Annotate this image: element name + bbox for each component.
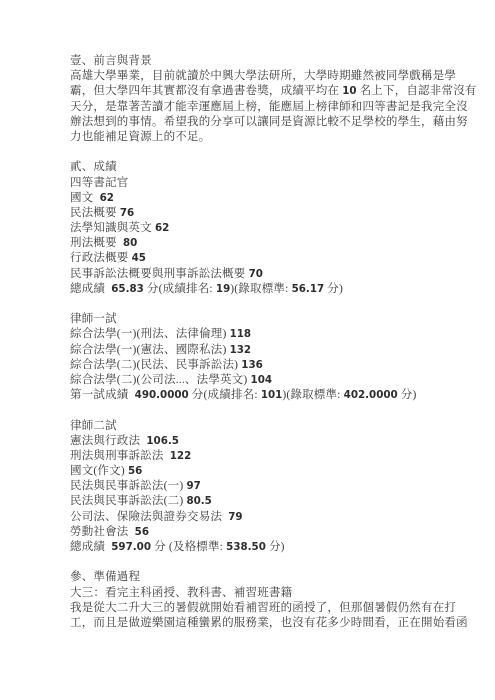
score-number: 597.00 [111, 541, 151, 553]
score-number: 80.5 [186, 495, 211, 507]
score-number: 70 [249, 268, 263, 280]
blank-line [70, 555, 450, 570]
text-line: 綜合法學(二)(公司法...、法學英文) 104 [70, 373, 450, 388]
score-number: 490.0000 [135, 389, 189, 401]
text-line: 法學知識與英文 62 [70, 221, 450, 236]
text-line: 民法與民事訴訟法(二) 80.5 [70, 494, 450, 509]
blank-line [70, 145, 450, 160]
score-number: 136 [241, 359, 263, 371]
section-heading-scores-clerk: 貳、成績 [70, 160, 450, 175]
text-line: 民事訴訟法概要與刑事訴訟法概要 70 [70, 267, 450, 282]
score-number: 56.17 [292, 283, 325, 295]
text-line: 綜合法學(一)(刑法、法律倫理) 118 [70, 327, 450, 342]
text-line: 總成績 65.83 分(成績排名: 19)(錄取標準: 56.17 分) [70, 282, 450, 297]
text-line: 公司法、保險法與證券交易法 79 [70, 510, 450, 525]
text-line: 綜合法學(一)(憲法、國際私法) 132 [70, 343, 450, 358]
text-line: 刑法與刑事訴訟法 122 [70, 449, 450, 464]
score-number: 118 [230, 328, 252, 340]
score-number: 76 [120, 207, 134, 219]
score-number: 538.50 [226, 541, 266, 553]
score-number: 62 [155, 222, 169, 234]
score-number: 62 [100, 192, 114, 204]
text-line: 勞動社會法 56 [70, 525, 450, 540]
score-number: 19 [216, 283, 230, 295]
section-heading-preparation: 參、準備過程 [70, 570, 450, 585]
score-number: 65.83 [111, 283, 144, 295]
document-text: 壹、前言與背景高雄大學畢業，目前就讀於中興大學法研所，大學時期雖然被同學戲稱是學… [70, 54, 450, 631]
text-line: 憲法與行政法 106.5 [70, 434, 450, 449]
text-line: 工，而且是做遊樂園這種蠻累的服務業，也沒有花多少時間看，正在開始看函 [70, 616, 450, 631]
text-line: 民法概要 76 [70, 206, 450, 221]
text-line: 行政法概要 45 [70, 251, 450, 266]
text-line: 力也能補足資源上的不足。 [70, 130, 450, 145]
text-line: 綜合法學(二)(民法、民事訴訟法) 136 [70, 358, 450, 373]
score-number: 402.0000 [344, 389, 398, 401]
score-number: 56 [135, 526, 149, 538]
text-line: 四等書記官 [70, 176, 450, 191]
score-number: 10 [342, 85, 356, 97]
section-heading-bar-exam-first: 律師一試 [70, 312, 450, 327]
score-number: 56 [128, 465, 142, 477]
text-line: 民法與民事訴訟法(一) 97 [70, 479, 450, 494]
score-number: 101 [261, 389, 283, 401]
score-number: 45 [132, 252, 146, 264]
text-line: 天分，是靠著苦讀才能幸運應屆上榜，能應屆上榜律師和四等書記是我完全沒 [70, 100, 450, 115]
text-line: 國文 62 [70, 191, 450, 206]
score-number: 80 [123, 237, 137, 249]
score-number: 104 [251, 374, 273, 386]
score-number: 122 [170, 450, 192, 462]
text-line: 總成績 597.00 分 (及格標準: 538.50 分) [70, 540, 450, 555]
score-number: 132 [230, 344, 252, 356]
document-page: 壹、前言與背景高雄大學畢業，目前就讀於中興大學法研所，大學時期雖然被同學戲稱是學… [0, 0, 495, 700]
text-line: 辦法想到的事情。希望我的分享可以讓同是資源比較不足學校的學生，藉由努 [70, 115, 450, 130]
text-line: 國文(作文) 56 [70, 464, 450, 479]
score-number: 106.5 [146, 435, 179, 447]
text-line: 高雄大學畢業，目前就讀於中興大學法研所，大學時期雖然被同學戲稱是學 [70, 69, 450, 84]
score-number: 97 [186, 480, 200, 492]
blank-line [70, 297, 450, 312]
text-line: 刑法概要 80 [70, 236, 450, 251]
text-line: 第一試成績 490.0000 分(成績排名: 101)(錄取標準: 402.00… [70, 388, 450, 403]
blank-line [70, 403, 450, 418]
text-line: 霸，但大學四年其實都沒有拿過書卷獎，成績平均在 10 名上下，自認非常沒有 [70, 84, 450, 99]
score-number: 79 [228, 511, 242, 523]
text-line: 我是從大二升大三的暑假就開始看補習班的函授了，但那個暑假仍然有在打 [70, 601, 450, 616]
text-line: 大三：看完主科函授、教科書、補習班書籍 [70, 586, 450, 601]
section-heading-intro: 壹、前言與背景 [70, 54, 450, 69]
section-heading-bar-exam-second: 律師二試 [70, 419, 450, 434]
